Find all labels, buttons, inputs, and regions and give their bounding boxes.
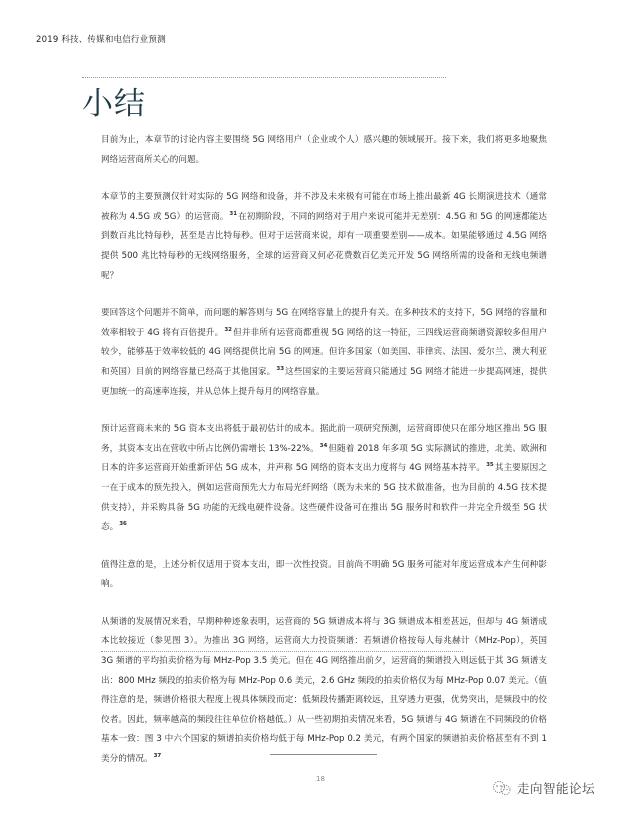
body-paragraph: 本章节的主要预测仅针对实际的 5G 网络和设备，并不涉及未来极有可能在市场上推出…: [101, 188, 547, 286]
footnote-reference: 36: [119, 521, 127, 527]
body-paragraph: 要回答这个问题并不简单，而问题的解答则与 5G 在网络容量上的提升有关。在多种技…: [101, 304, 547, 402]
footnote-reference: 35: [486, 462, 494, 468]
paragraph-text: 其主要原因之一在于成本的预先投入，例如运营商预先大力布局光纤网络（既为未来的 5…: [101, 463, 547, 532]
section-title: 小结: [82, 84, 146, 124]
page-number: 18: [316, 775, 325, 783]
body-paragraph: 目前为止，本章节的讨论内容主要围绕 5G 网络用户（企业或个人）感兴趣的领域展开…: [101, 131, 547, 170]
footnote-reference: 34: [320, 443, 328, 449]
body-paragraph: 从频谱的发展情况来看，早期种种迹象表明，运营商的 5G 频谱成本将与 3G 频谱…: [101, 613, 547, 770]
running-header: 2019 科技、传媒和电信行业预测: [36, 33, 166, 45]
footer-rule: [270, 754, 377, 755]
watermark-text: 走向智能论坛: [517, 779, 595, 797]
paragraph-text: 目前为止，本章节的讨论内容主要围绕 5G 网络用户（企业或个人）感兴趣的领域展开…: [101, 135, 547, 165]
footnote-reference: 32: [224, 327, 232, 333]
paragraph-text: 值得注意的是，上述分析仅适用于资本支出，即一次性投资。目前尚不明确 5G 服务可…: [101, 560, 547, 590]
paragraph-text: 在初期阶段，不同的网络对于用户来说可能并无差别：4.5G 和 5G 的网速都能达…: [101, 212, 547, 281]
section-body: 目前为止，本章节的讨论内容主要围绕 5G 网络用户（企业或个人）感兴趣的领域展开…: [101, 131, 547, 788]
paragraph-text: 从频谱的发展情况来看，早期种种迹象表明，运营商的 5G 频谱成本将与 3G 频谱…: [101, 617, 547, 764]
top-dotted-divider: [82, 77, 446, 78]
footnote-reference: 33: [276, 366, 284, 372]
body-paragraph: 预计运营商未来的 5G 资本支出将低于最初估计的成本。据此前一项研究预测，运营商…: [101, 420, 547, 538]
wechat-official-account-icon: [491, 780, 513, 796]
bottom-dotted-divider: [101, 651, 463, 652]
body-paragraph: 值得注意的是，上述分析仅适用于资本支出，即一次性投资。目前尚不明确 5G 服务可…: [101, 556, 547, 595]
footnote-reference: 31: [229, 211, 237, 217]
wechat-watermark: 走向智能论坛: [491, 779, 595, 797]
footnote-reference: 37: [154, 753, 162, 759]
